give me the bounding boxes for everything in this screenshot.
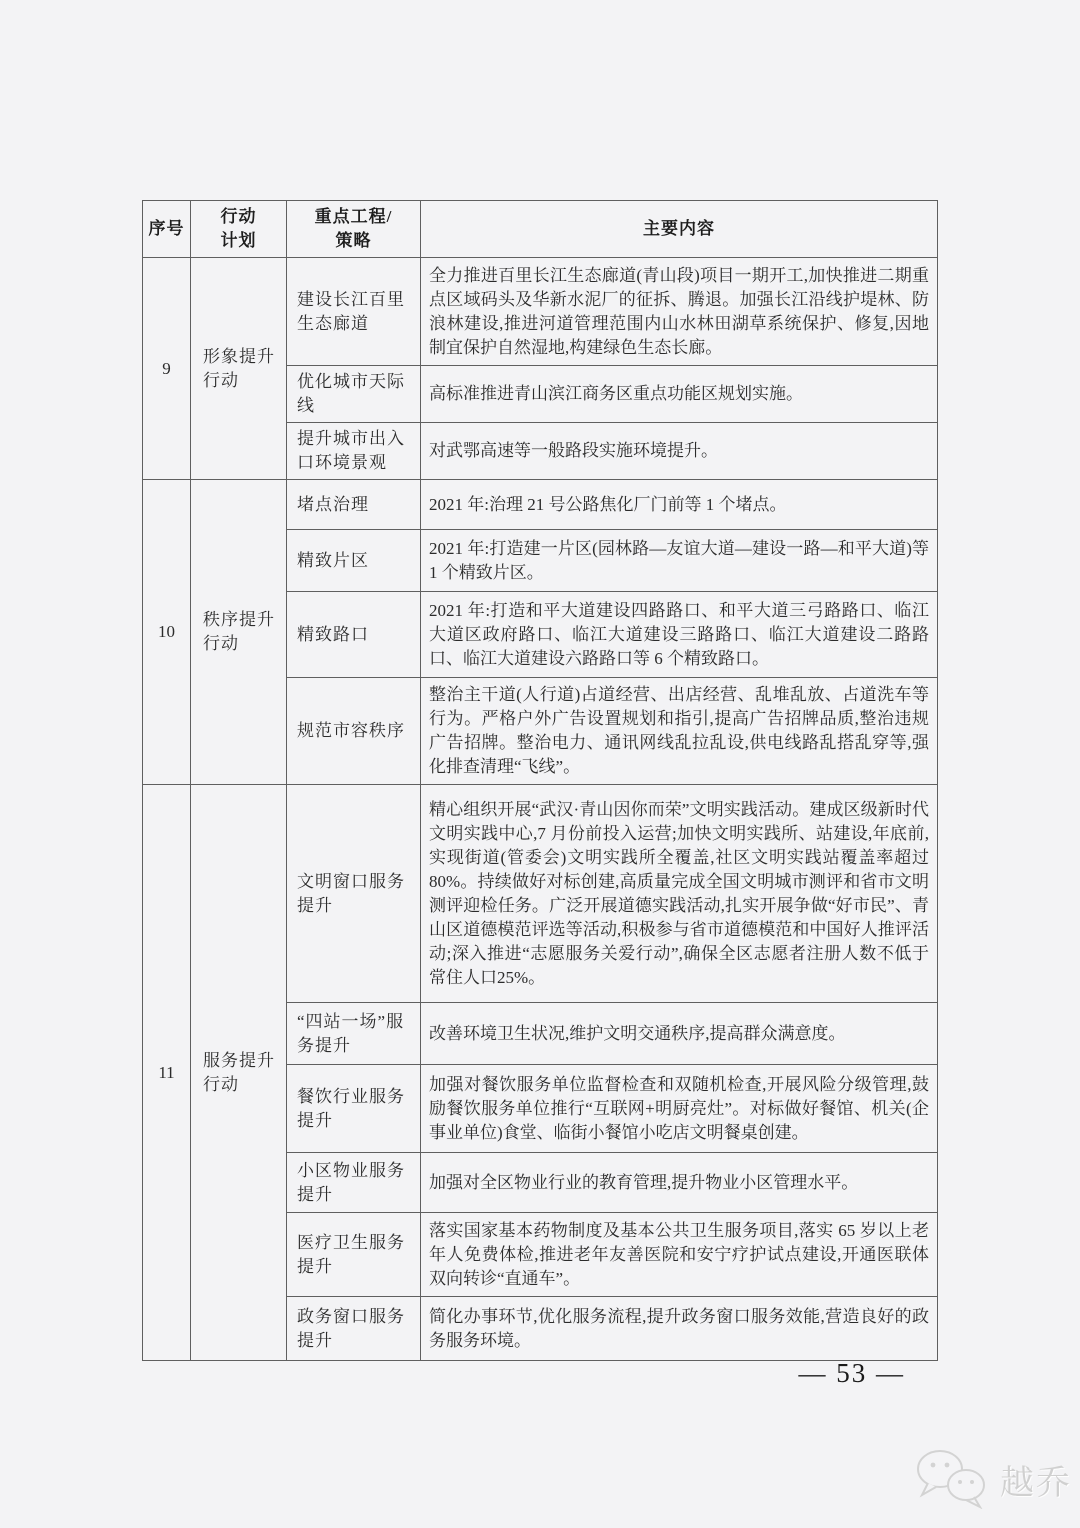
strategy-cell: 堵点治理 xyxy=(287,480,421,530)
content-cell: 2021 年:打造和平大道建设四路路口、和平大道三弓路路口、临江大道区政府路口、… xyxy=(421,592,938,678)
strategy-cell: 文明窗口服务提升 xyxy=(287,785,421,1003)
content-cell: 加强对餐饮服务单位监督检查和双随机检查,开展风险分级管理,鼓励餐饮服务单位推行“… xyxy=(421,1065,938,1153)
plan-cell: 服务提升行动 xyxy=(191,785,287,1361)
plan-cell: 秩序提升行动 xyxy=(191,480,287,785)
header-strategy: 重点工程/策略 xyxy=(287,201,421,258)
strategy-cell: 餐饮行业服务提升 xyxy=(287,1065,421,1153)
strategy-cell: 规范市容秩序 xyxy=(287,678,421,785)
content-cell: 对武鄂高速等一般路段实施环境提升。 xyxy=(421,423,938,480)
watermark-text: 越乔 xyxy=(1000,1455,1072,1504)
strategy-cell: 小区物业服务提升 xyxy=(287,1153,421,1213)
header-plan: 行动计划 xyxy=(191,201,287,258)
table-row: 9 形象提升行动 建设长江百里生态廊道 全力推进百里长江生态廊道(青山段)项目一… xyxy=(143,258,938,366)
strategy-cell: 建设长江百里生态廊道 xyxy=(287,258,421,366)
header-content: 主要内容 xyxy=(421,201,938,258)
content-cell: 简化办事环节,优化服务流程,提升政务窗口服务效能,营造良好的政务服务环境。 xyxy=(421,1297,938,1361)
strategy-cell: 精致路口 xyxy=(287,592,421,678)
strategy-cell: 医疗卫生服务提升 xyxy=(287,1213,421,1297)
action-plan-table: 序号 行动计划 重点工程/策略 主要内容 9 形象提升行动 建设长江百里生态廊道… xyxy=(142,200,938,1361)
strategy-cell: “四站一场”服务提升 xyxy=(287,1003,421,1065)
table-row: 11 服务提升行动 文明窗口服务提升 精心组织开展“武汉·青山因你而荣”文明实践… xyxy=(143,785,938,1003)
header-serial: 序号 xyxy=(143,201,191,258)
content-cell: 整治主干道(人行道)占道经营、出店经营、乱堆乱放、占道洗车等行为。严格户外广告设… xyxy=(421,678,938,785)
content-cell: 2021 年:治理 21 号公路焦化厂门前等 1 个堵点。 xyxy=(421,480,938,530)
table-row: 10 秩序提升行动 堵点治理 2021 年:治理 21 号公路焦化厂门前等 1 … xyxy=(143,480,938,530)
table-header-row: 序号 行动计划 重点工程/策略 主要内容 xyxy=(143,201,938,258)
strategy-cell: 提升城市出入口环境景观 xyxy=(287,423,421,480)
serial-cell: 11 xyxy=(143,785,191,1361)
content-cell: 高标准推进青山滨江商务区重点功能区规划实施。 xyxy=(421,366,938,423)
strategy-cell: 政务窗口服务提升 xyxy=(287,1297,421,1361)
strategy-cell: 精致片区 xyxy=(287,530,421,592)
content-cell: 改善环境卫生状况,维护文明交通秩序,提高群众满意度。 xyxy=(421,1003,938,1065)
content-cell: 全力推进百里长江生态廊道(青山段)项目一期开工,加快推进二期重点区域码头及华新水… xyxy=(421,258,938,366)
watermark: 越乔 xyxy=(914,1445,1072,1514)
document-page: 序号 行动计划 重点工程/策略 主要内容 9 形象提升行动 建设长江百里生态廊道… xyxy=(0,0,1080,1528)
serial-cell: 9 xyxy=(143,258,191,480)
content-cell: 加强对全区物业行业的教育管理,提升物业小区管理水平。 xyxy=(421,1153,938,1213)
wechat-chat-bubbles-icon xyxy=(914,1445,992,1514)
content-cell: 精心组织开展“武汉·青山因你而荣”文明实践活动。建成区级新时代文明实践中心,7 … xyxy=(421,785,938,1003)
page-number: — 53 — xyxy=(799,1358,906,1389)
content-cell: 2021 年:打造建一片区(园林路—友谊大道—建设一路—和平大道)等 1 个精致… xyxy=(421,530,938,592)
content-cell: 落实国家基本药物制度及基本公共卫生服务项目,落实 65 岁以上老年人免费体检,推… xyxy=(421,1213,938,1297)
serial-cell: 10 xyxy=(143,480,191,785)
strategy-cell: 优化城市天际线 xyxy=(287,366,421,423)
plan-cell: 形象提升行动 xyxy=(191,258,287,480)
